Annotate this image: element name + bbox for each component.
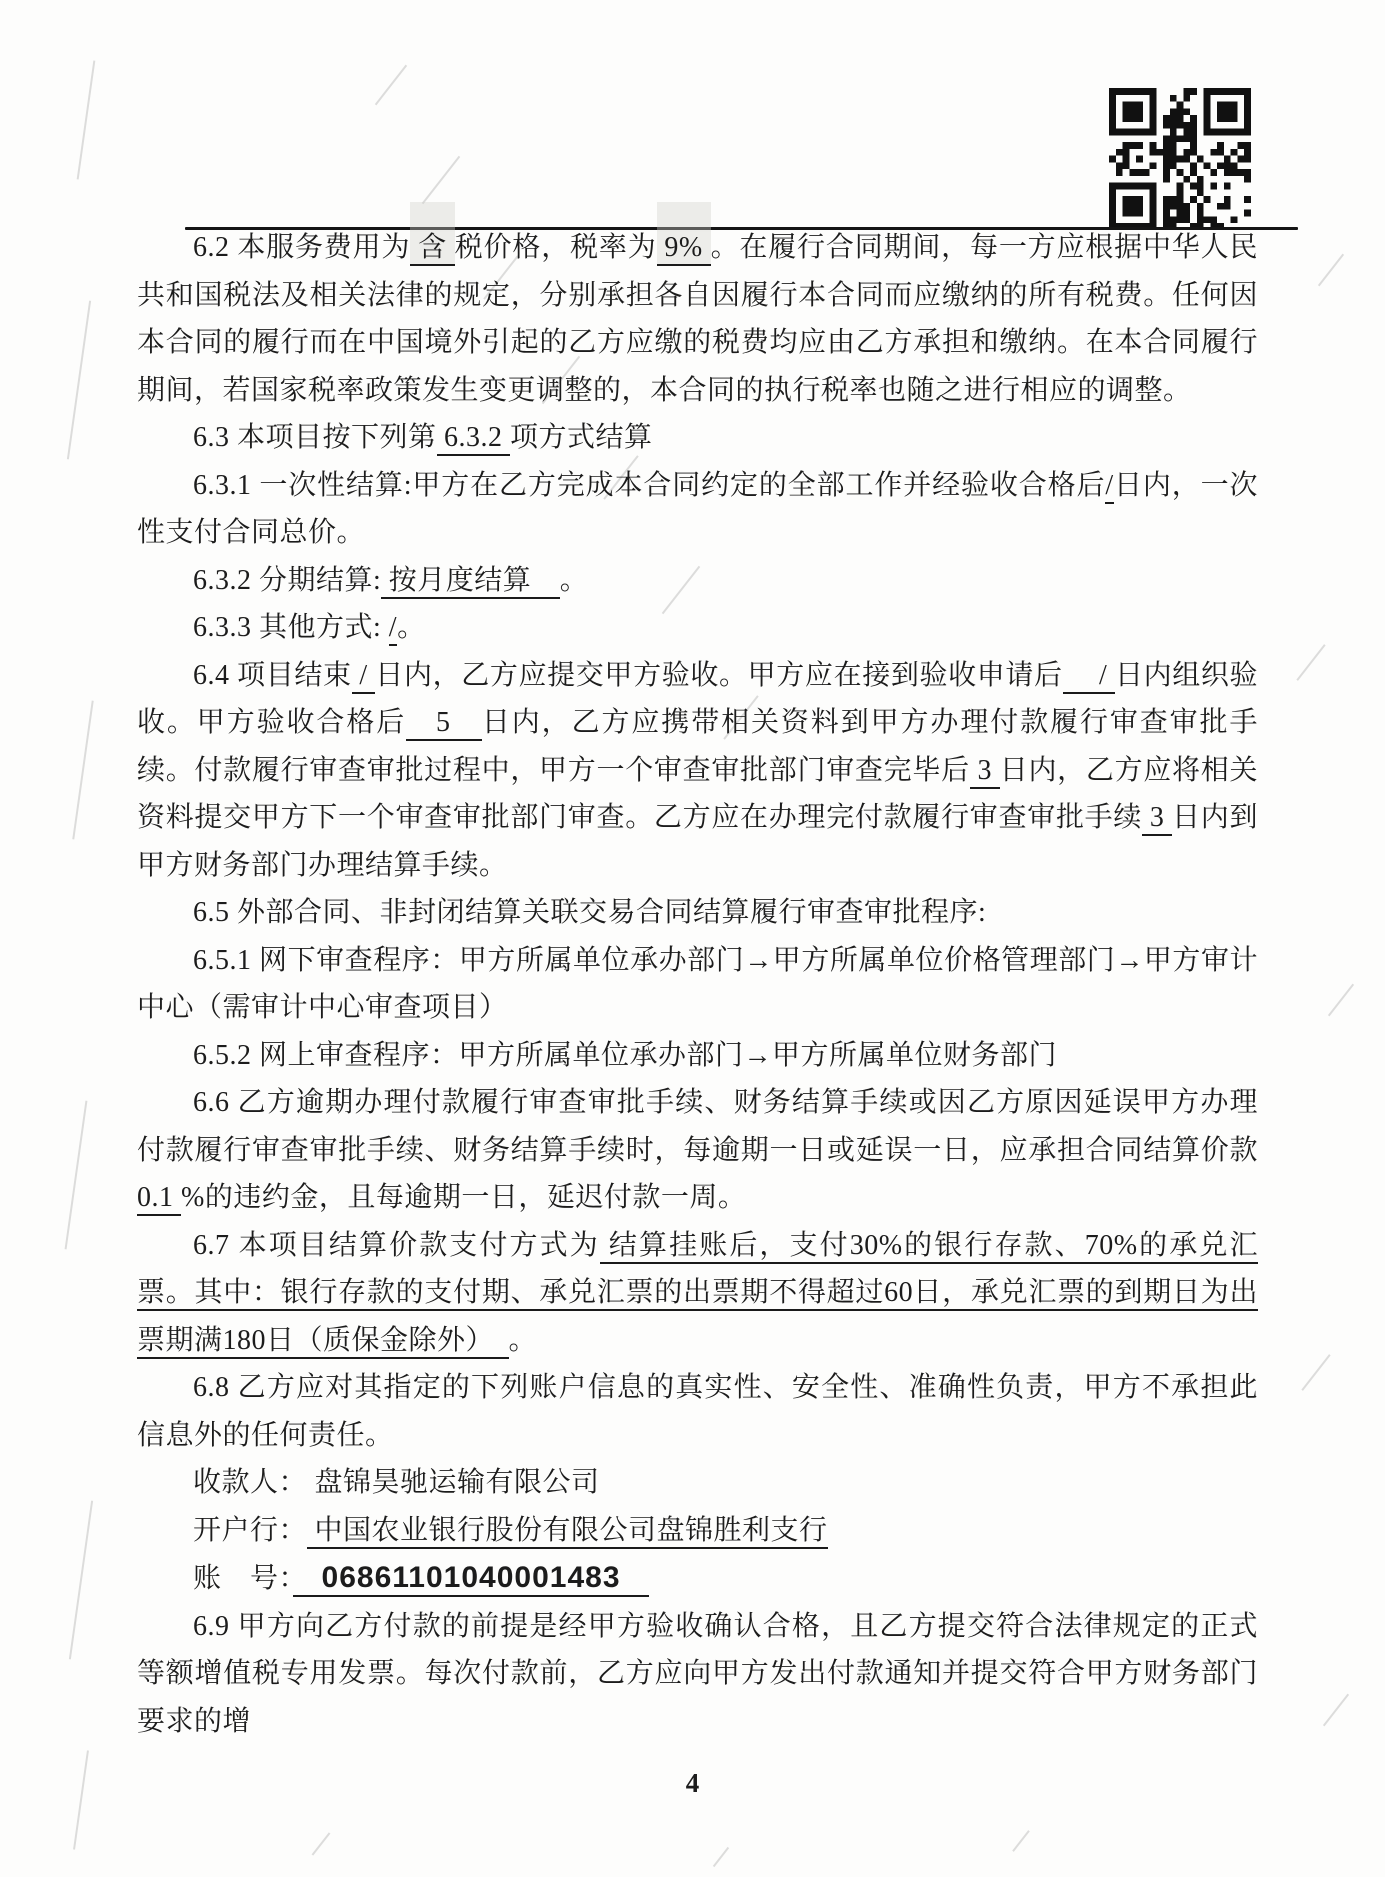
paragraph: 6.8 乙方应对其指定的下列账户信息的真实性、安全性、准确性负责，甲方不承担此信…: [137, 1364, 1258, 1459]
filled-blank: 3: [1142, 802, 1172, 836]
paragraph: 6.2 本服务费用为 含 税价格，税率为 9% 。在履行合同期间，每一方应根据中…: [137, 224, 1258, 414]
clause-text: 6.3.1 一次性结算:甲方在乙方完成本合同约定的全部工作并经验收合格后: [193, 470, 1105, 501]
clause-text: 项方式结算: [510, 422, 653, 453]
clause-text: 账 号：: [193, 1563, 293, 1594]
clause-text: 。: [560, 565, 589, 596]
document-body: 6.2 本服务费用为 含 税价格，税率为 9% 。在履行合同期间，每一方应根据中…: [137, 224, 1258, 1745]
paragraph: 6.5 外部合同、非封闭结算关联交易合同结算履行审查审批程序:: [137, 889, 1258, 937]
paragraph: 6.4 项目结束 / 日内，乙方应提交甲方验收。甲方应在接到验收申请后 / 日内…: [137, 652, 1258, 890]
clause-text: 收款人： 盘锦昊驰运输有限公司: [193, 1467, 600, 1498]
clause-text: 。: [509, 1325, 538, 1356]
filled-blank: 含: [410, 232, 454, 266]
paragraph: 6.5.2 网上审查程序：甲方所属单位承办部门→甲方所属单位财务部门: [137, 1032, 1258, 1080]
paragraph: 6.3.3 其他方式: /。: [137, 604, 1258, 652]
clause-text: 6.3 本项目按下列第: [193, 422, 437, 453]
paragraph: 6.6 乙方逾期办理付款履行审查审批手续、财务结算手续或因乙方原因延误甲方办理付…: [137, 1079, 1258, 1222]
clause-text: 开户行：: [193, 1515, 307, 1546]
clause-text: 6.6 乙方逾期办理付款履行审查审批手续、财务结算手续或因乙方原因延误甲方办理付…: [137, 1087, 1258, 1166]
clause-text: 。: [397, 612, 426, 643]
filled-blank: 5: [406, 707, 482, 741]
filled-blank: 中国农业银行股份有限公司盘锦胜利支行: [307, 1515, 828, 1549]
qr-code-icon: [1107, 88, 1253, 230]
clause-text: 6.7 本项目结算价款支付方式为: [193, 1230, 600, 1261]
filled-blank: /: [389, 612, 397, 646]
clause-text: 6.5 外部合同、非封闭结算关联交易合同结算履行审查审批程序:: [193, 897, 986, 928]
filled-blank: /: [1063, 660, 1115, 694]
clause-text: 6.5.2 网上审查程序：甲方所属单位承办部门→甲方所属单位财务部门: [193, 1040, 1057, 1071]
filled-blank: 按月度结算: [381, 565, 560, 599]
filled-blank: 0.1: [137, 1182, 181, 1216]
clause-text: 6.2 本服务费用为: [193, 232, 410, 263]
clause-text: 6.5.1 网下审查程序：甲方所属单位承办部门→甲方所属单位价格管理部门→甲方审…: [137, 945, 1258, 1024]
filled-blank: 9%: [657, 232, 711, 266]
paragraph: 6.3.1 一次性结算:甲方在乙方完成本合同约定的全部工作并经验收合格后/日内，…: [137, 462, 1258, 557]
clause-text: 税价格，税率为: [455, 232, 657, 263]
scanned-contract-page: 6.2 本服务费用为 含 税价格，税率为 9% 。在履行合同期间，每一方应根据中…: [0, 0, 1385, 1877]
clause-text: 6.8 乙方应对其指定的下列账户信息的真实性、安全性、准确性负责，甲方不承担此信…: [137, 1372, 1258, 1451]
clause-text: 6.9 甲方向乙方付款的前提是经甲方验收确认合格，且乙方提交符合法律规定的正式等…: [137, 1611, 1258, 1737]
paragraph: 6.3.2 分期结算: 按月度结算 。: [137, 557, 1258, 605]
clause-text: 6.3.3 其他方式:: [193, 612, 389, 643]
paragraph: 开户行： 中国农业银行股份有限公司盘锦胜利支行: [137, 1507, 1258, 1555]
paragraph: 收款人： 盘锦昊驰运输有限公司: [137, 1459, 1258, 1507]
filled-blank: [621, 1563, 650, 1597]
paragraph: 6.9 甲方向乙方付款的前提是经甲方验收确认合格，且乙方提交符合法律规定的正式等…: [137, 1603, 1258, 1746]
paragraph: 6.7 本项目结算价款支付方式为 结算挂账后，支付30%的银行存款、70%的承兑…: [137, 1222, 1258, 1365]
clause-text: 6.3.2 分期结算:: [193, 565, 381, 596]
filled-blank: 3: [970, 755, 1000, 789]
paragraph: 6.5.1 网下审查程序：甲方所属单位承办部门→甲方所属单位价格管理部门→甲方审…: [137, 937, 1258, 1032]
filled-blank: 06861101040001483: [322, 1561, 621, 1597]
filled-blank: 6.3.2: [437, 422, 511, 456]
filled-blank: /: [1105, 470, 1113, 504]
clause-text: %的违约金，且每逾期一日，延迟付款一周。: [181, 1182, 746, 1213]
qr-code-svg: [1107, 88, 1253, 230]
clause-text: 日内，乙方应提交甲方验收。甲方应在接到验收申请后: [375, 660, 1062, 691]
filled-blank: [293, 1563, 322, 1597]
filled-blank: /: [352, 660, 376, 694]
paragraph: 账 号： 06861101040001483: [137, 1554, 1258, 1603]
page-number: 4: [0, 1768, 1385, 1799]
clause-text: 6.4 项目结束: [193, 660, 352, 691]
paragraph: 6.3 本项目按下列第 6.3.2 项方式结算: [137, 414, 1258, 462]
